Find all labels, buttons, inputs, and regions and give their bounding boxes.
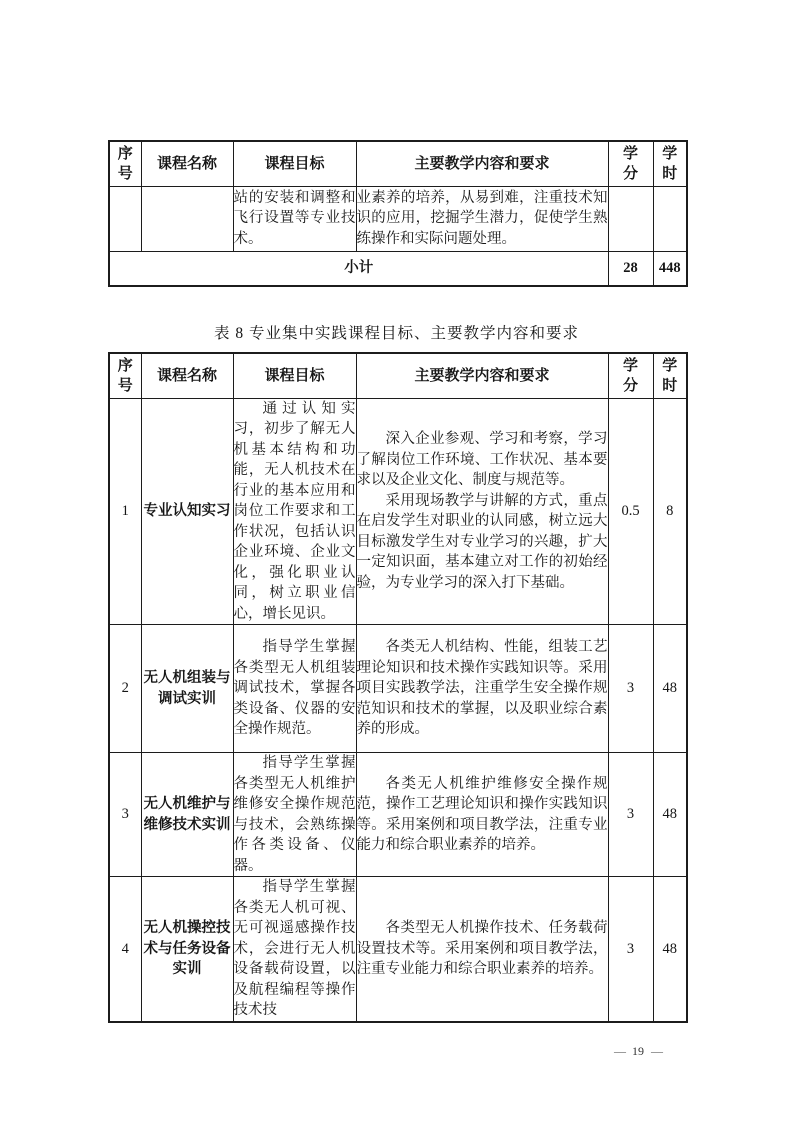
hours-cell-empty <box>653 186 687 251</box>
seq-cell-empty <box>109 186 141 251</box>
subtotal-hours: 448 <box>653 251 687 286</box>
subtotal-credits: 28 <box>608 251 653 286</box>
content-paragraph: 采用现场教学与讲解的方式，重点在启发学生对职业的认同感，树立远大目标激发学生对专… <box>357 491 608 594</box>
table-row: 1 专业认知实习 通过认知实习，初步了解无人机基本结构和功能，无人机技术在行业的… <box>109 398 687 625</box>
table-row: 2 无人机组装与调试实训 指导学生掌握各类型无人机组装调试技术，掌握各类设备、仪… <box>109 625 687 753</box>
seq-cell: 4 <box>109 877 141 1022</box>
credits-cell: 3 <box>608 753 653 877</box>
content-cell: 业素养的培养，从易到难，注重技术知识的应用，挖掘学生潜力，促使学生熟练操作和实际… <box>356 186 608 251</box>
table-continued-row: 站的安装和调整和飞行设置等专业技术。 业素养的培养，从易到难，注重技术知识的应用… <box>109 186 687 251</box>
course-name-cell: 无人机维护与维修技术实训 <box>141 753 233 877</box>
course-name-cell: 无人机操控技术与任务设备实训 <box>141 877 233 1022</box>
objective-cell: 指导学生掌握各类型无人机维护维修安全操作规范与技术，会熟练操作各类设备、仪器。 <box>233 753 356 877</box>
header-seq-label: 序号 <box>117 356 134 396</box>
objective-cell: 站的安装和调整和飞行设置等专业技术。 <box>233 186 356 251</box>
header-hours-label: 学时 <box>662 356 679 396</box>
header-course-name: 课程名称 <box>141 353 233 398</box>
seq-cell: 2 <box>109 625 141 753</box>
objective-text: 指导学生掌握各类无人机可视、无可视遥感操作技术，会进行无人机设备载荷设置，以及航… <box>234 877 356 1021</box>
hours-cell: 48 <box>653 753 687 877</box>
credits-cell: 0.5 <box>608 398 653 625</box>
objective-text: 指导学生掌握各类型无人机维护维修安全操作规范与技术，会熟练操作各类设备、仪器。 <box>234 753 356 876</box>
header-course-objective: 课程目标 <box>233 353 356 398</box>
content-cell: 深入企业参观、学习和考察，学习了解岗位工作环境、工作状况、基本要求以及企业文化、… <box>356 398 608 625</box>
hours-cell: 8 <box>653 398 687 625</box>
objective-text: 通过认知实习，初步了解无人机基本结构和功能，无人机技术在行业的基本应用和岗位工作… <box>234 399 356 625</box>
table-row: 3 无人机维护与维修技术实训 指导学生掌握各类型无人机维护维修安全操作规范与技术… <box>109 753 687 877</box>
objective-cell: 指导学生掌握各类无人机可视、无可视遥感操作技术，会进行无人机设备载荷设置，以及航… <box>233 877 356 1022</box>
table-continued: 序号 课程名称 课程目标 主要教学内容和要求 学分 学时 站的安装和调整和飞行设… <box>108 140 688 287</box>
hours-cell: 48 <box>653 877 687 1022</box>
page-number: 19 <box>632 1044 644 1059</box>
content-cell: 各类无人机结构、性能，组装工艺理论知识和技术操作实践知识等。采用项目实践教学法，… <box>356 625 608 753</box>
course-name-cell: 专业认知实习 <box>141 398 233 625</box>
document-page: 序号 课程名称 课程目标 主要教学内容和要求 学分 学时 站的安装和调整和飞行设… <box>0 0 793 1122</box>
header-seq: 序号 <box>109 141 141 186</box>
table-continued-header-row: 序号 课程名称 课程目标 主要教学内容和要求 学分 学时 <box>109 141 687 186</box>
seq-cell: 1 <box>109 398 141 625</box>
content-paragraph: 各类无人机维护维修安全操作规范，操作工艺理论知识和操作实践知识等。采用案例和项目… <box>357 774 608 856</box>
credits-cell: 3 <box>608 625 653 753</box>
hours-cell: 48 <box>653 625 687 753</box>
course-name-cell: 无人机组装与调试实训 <box>141 625 233 753</box>
page-footer: — 19 — <box>598 1044 678 1059</box>
header-seq: 序号 <box>109 353 141 398</box>
header-teaching-content: 主要教学内容和要求 <box>356 353 608 398</box>
objective-cell: 通过认知实习，初步了解无人机基本结构和功能，无人机技术在行业的基本应用和岗位工作… <box>233 398 356 625</box>
header-teaching-content: 主要教学内容和要求 <box>356 141 608 186</box>
subtotal-label: 小计 <box>109 251 608 286</box>
footer-dash-left: — <box>614 1044 625 1059</box>
content-paragraph: 各类型无人机操作技术、任务载荷设置技术等。采用案例和项目教学法，注重专业能力和综… <box>357 918 608 980</box>
table8: 序号 课程名称 课程目标 主要教学内容和要求 学分 学时 1 专业认知实习 通过… <box>108 352 688 1023</box>
header-hours: 学时 <box>653 141 687 186</box>
credits-cell: 3 <box>608 877 653 1022</box>
credits-cell-empty <box>608 186 653 251</box>
header-hours: 学时 <box>653 353 687 398</box>
header-credits-label: 学分 <box>622 356 639 396</box>
header-hours-label: 学时 <box>662 144 679 184</box>
subtotal-row: 小计 28 448 <box>109 251 687 286</box>
content-text: 业素养的培养，从易到难，注重技术知识的应用，挖掘学生潜力，促使学生熟练操作和实际… <box>357 188 608 250</box>
seq-cell: 3 <box>109 753 141 877</box>
table-row: 4 无人机操控技术与任务设备实训 指导学生掌握各类无人机可视、无可视遥感操作技术… <box>109 877 687 1022</box>
header-credits: 学分 <box>608 141 653 186</box>
header-seq-label: 序号 <box>117 144 134 184</box>
objective-text: 指导学生掌握各类型无人机组装调试技术，掌握各类设备、仪器的安全操作规范。 <box>234 637 356 740</box>
footer-dash-right: — <box>651 1044 662 1059</box>
objective-text: 站的安装和调整和飞行设置等专业技术。 <box>234 188 356 250</box>
content-cell: 各类型无人机操作技术、任务载荷设置技术等。采用案例和项目教学法，注重专业能力和综… <box>356 877 608 1022</box>
table8-header-row: 序号 课程名称 课程目标 主要教学内容和要求 学分 学时 <box>109 353 687 398</box>
content-paragraph: 深入企业参观、学习和考察，学习了解岗位工作环境、工作状况、基本要求以及企业文化、… <box>357 429 608 491</box>
objective-cell: 指导学生掌握各类型无人机组装调试技术，掌握各类设备、仪器的安全操作规范。 <box>233 625 356 753</box>
content-paragraph: 各类无人机结构、性能，组装工艺理论知识和技术操作实践知识等。采用项目实践教学法，… <box>357 637 608 740</box>
header-credits-label: 学分 <box>622 144 639 184</box>
header-credits: 学分 <box>608 353 653 398</box>
header-course-objective: 课程目标 <box>233 141 356 186</box>
name-cell-empty <box>141 186 233 251</box>
table8-title: 表 8 专业集中实践课程目标、主要教学内容和要求 <box>0 321 793 343</box>
content-cell: 各类无人机维护维修安全操作规范，操作工艺理论知识和操作实践知识等。采用案例和项目… <box>356 753 608 877</box>
header-course-name: 课程名称 <box>141 141 233 186</box>
